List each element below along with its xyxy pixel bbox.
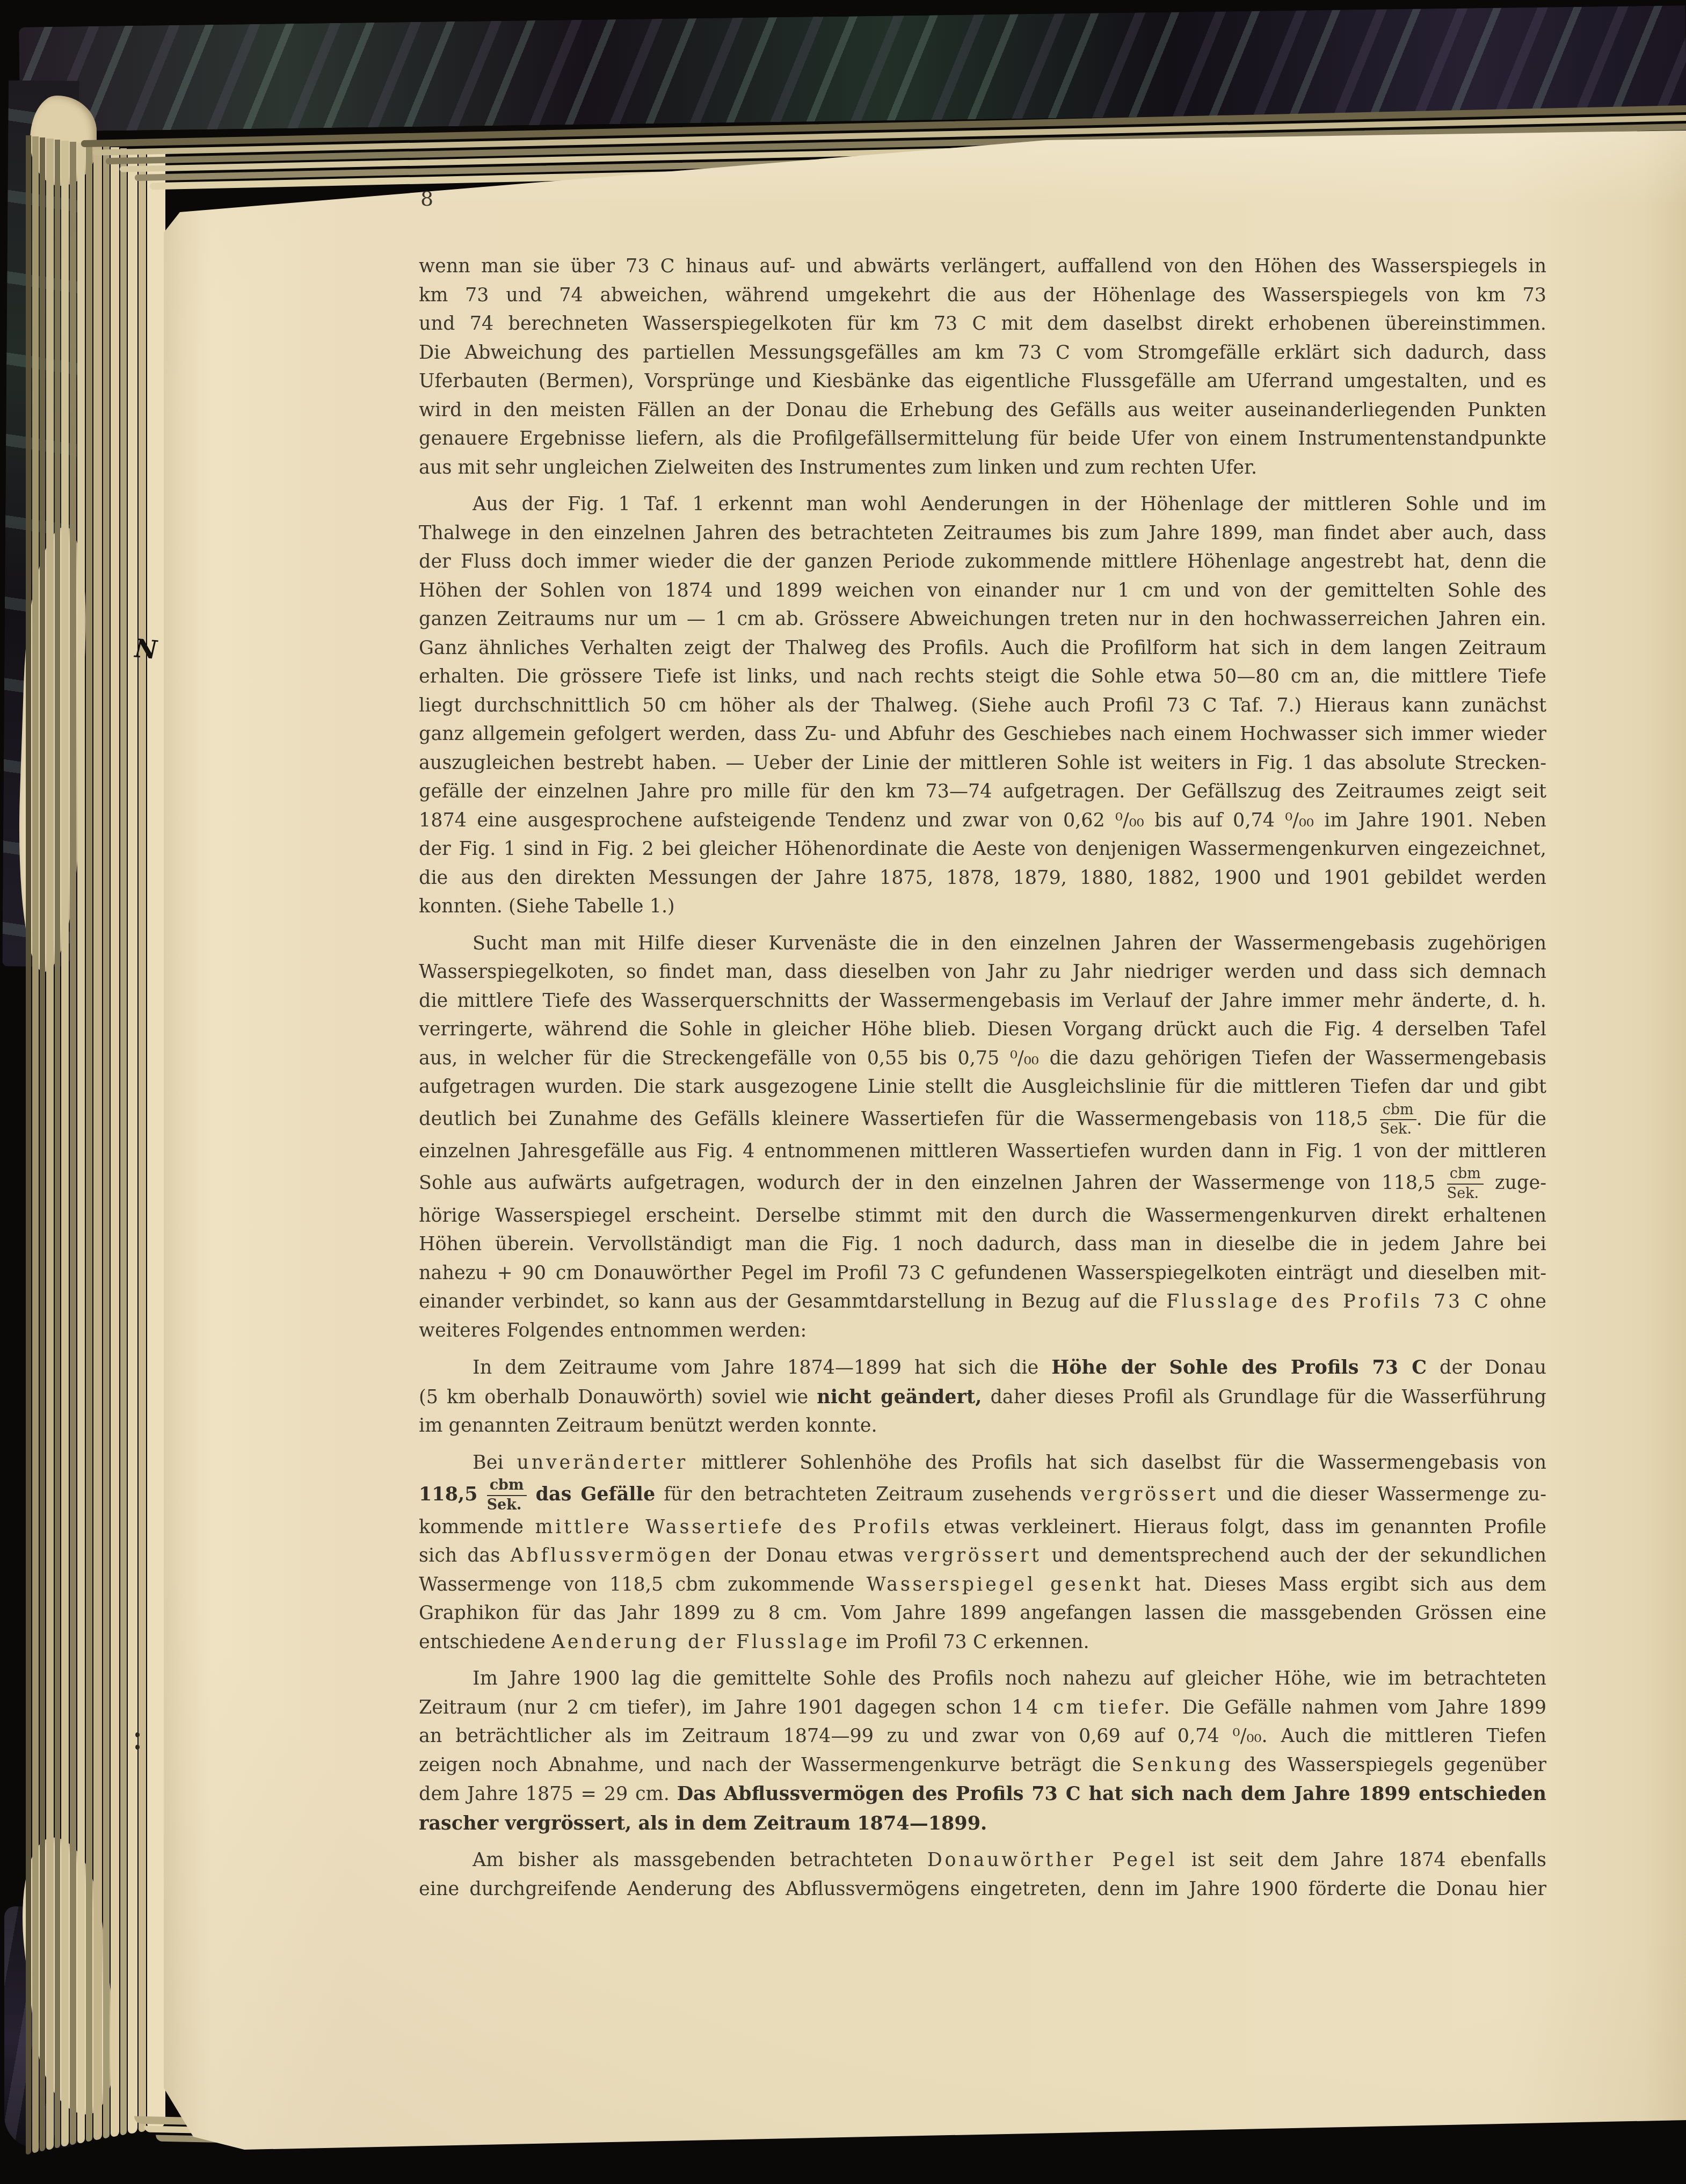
text-run: konnten. (Siehe Tabelle 1.) <box>419 896 675 917</box>
text-run: ganz allgemein gefolgert werden, dass Zu… <box>419 723 1546 745</box>
text-run: aus, in welcher für die Streckengefälle … <box>419 1048 1546 1069</box>
text-line: an beträchtlicher als im Zeitraum 1874—9… <box>419 1722 1546 1751</box>
text-line: der Fig. 1 sind in Fig. 2 bei gleicher H… <box>419 835 1546 864</box>
text-line: aus, in welcher für die Streckengefälle … <box>419 1044 1546 1073</box>
text-run: Am bisher als massgebenden betrachteten <box>473 1849 927 1871</box>
text-line: weiteres Folgendes entnommen werden: <box>419 1317 1546 1346</box>
text-run: zeigen noch Abnahme, und nach der Wasser… <box>419 1754 1132 1776</box>
text-run: gefälle der einzelnen Jahre pro mille fü… <box>419 781 1546 802</box>
text-run: aus mit sehr ungleichen Zielweiten des I… <box>419 457 1257 478</box>
text-line: aus mit sehr ungleichen Zielweiten des I… <box>419 454 1546 483</box>
text-run: nahezu + 90 cm Donauwörther Pegel im Pro… <box>419 1262 1546 1284</box>
text-run: Flusslage des Profils 73 C <box>1166 1291 1491 1312</box>
text-line: Sucht man mit Hilfe dieser Kurvenäste di… <box>419 930 1546 959</box>
text-run: der Donau <box>1427 1357 1546 1378</box>
text-run: hörige Wasserspiegel erscheint. Derselbe… <box>419 1205 1546 1227</box>
fraction-numerator: cbm <box>1447 1166 1484 1184</box>
page-fore-edge-strip <box>93 145 102 2140</box>
text-run: an beträchtlicher als im Zeitraum 1874—9… <box>419 1725 1546 1747</box>
text-line: zeigen noch Abnahme, und nach der Wasser… <box>419 1751 1546 1780</box>
text-block: wenn man sie über 73 C hinaus auf- und a… <box>419 252 1546 1904</box>
text-run: dem Jahre 1875 = 29 cm. <box>419 1783 677 1805</box>
page-fore-edge-strip <box>70 142 76 2145</box>
text-run: das Gefälle <box>527 1483 656 1505</box>
text-line: Die Abweichung des partiellen Messungsge… <box>419 339 1546 368</box>
text-run: sich das <box>419 1545 510 1566</box>
text-run: zuge- <box>1484 1172 1546 1194</box>
text-line: genauere Ergebnisse liefern, als die Pro… <box>419 425 1546 454</box>
text-line: aufgetragen wurden. Die stark ausgezogen… <box>419 1073 1546 1102</box>
text-run: Sohle aus aufwärts aufgetragen, wodurch … <box>419 1172 1447 1194</box>
text-run: 14 cm tiefer. <box>1012 1697 1172 1718</box>
text-run: wird in den meisten Fällen an der Donau … <box>419 400 1546 421</box>
text-run: der Fig. 1 sind in Fig. 2 bei gleicher H… <box>419 838 1546 860</box>
fraction-cbm-per-sek: cbmSek. <box>487 1477 527 1513</box>
text-line: Sohle aus aufwärts aufgetragen, wodurch … <box>419 1166 1546 1201</box>
text-run: wenn man sie über 73 C hinaus auf- und a… <box>419 256 1546 277</box>
text-run: liegt durchschnittlich 50 cm höher als d… <box>419 695 1546 716</box>
text-run: . Die für die <box>1416 1108 1546 1129</box>
text-line: im genannten Zeitraum benützt werden kon… <box>419 1412 1546 1441</box>
text-run: Die Abweichung des partiellen Messungsge… <box>419 342 1546 364</box>
text-run: Thalwege in den einzelnen Jahren des bet… <box>419 523 1546 544</box>
page-fore-edge-strip <box>86 144 92 2142</box>
text-line: wenn man sie über 73 C hinaus auf- und a… <box>419 252 1546 281</box>
text-line: eine durchgreifende Aenderung des Abflus… <box>419 1875 1546 1904</box>
text-line: Graphikon für das Jahr 1899 zu 8 cm. Vom… <box>419 1599 1546 1628</box>
text-line: In dem Zeitraume vom Jahre 1874—1899 hat… <box>419 1353 1546 1383</box>
text-line: Aus der Fig. 1 Taf. 1 erkennt man wohl A… <box>419 490 1546 519</box>
page-fore-edge-strip <box>139 150 146 2132</box>
text-run: deutlich bei Zunahme des Gefälls kleiner… <box>419 1108 1380 1129</box>
text-line: verringerte, während die Sohle in gleich… <box>419 1015 1546 1044</box>
text-line: die aus den direkten Messungen der Jahre… <box>419 864 1546 893</box>
text-run: und die dieser Wassermenge zu- <box>1218 1484 1546 1505</box>
text-line: die mittlere Tiefe des Wasserquerschnitt… <box>419 987 1546 1016</box>
text-line: Am bisher als massgebenden betrachteten … <box>419 1846 1546 1875</box>
text-run: Aus der Fig. 1 Taf. 1 erkennt man wohl A… <box>473 494 1546 515</box>
paragraph: Im Jahre 1900 lag die gemittelte Sohle d… <box>419 1665 1546 1838</box>
text-line: ganzen Zeitraums nur um — 1 cm ab. Gröss… <box>419 605 1546 634</box>
text-run: mittlere Wassertiefe des Profils <box>535 1517 932 1538</box>
text-run: Zeitraum (nur 2 cm tiefer), im Jahre 190… <box>419 1697 1012 1718</box>
text-line: 118,5 cbmSek. das Gefälle für den betrac… <box>419 1477 1546 1513</box>
text-run: weiteres Folgendes entnommen werden: <box>419 1320 806 1341</box>
text-line: hörige Wasserspiegel erscheint. Derselbe… <box>419 1202 1546 1231</box>
text-run: aufgetragen wurden. Die stark ausgezogen… <box>419 1076 1546 1098</box>
text-line: gefälle der einzelnen Jahre pro mille fü… <box>419 778 1546 807</box>
text-line: Im Jahre 1900 lag die gemittelte Sohle d… <box>419 1665 1546 1694</box>
text-run: In dem Zeitraume vom Jahre 1874—1899 hat… <box>473 1357 1051 1378</box>
page-fore-edge-strip <box>26 135 31 2154</box>
text-run: (5 km oberhalb Donauwörth) soviel wie <box>419 1387 817 1408</box>
fraction-numerator: cbm <box>487 1477 527 1496</box>
page-fore-edge-strip <box>103 146 110 2138</box>
text-run: Die Gefälle nahmen vom Jahre 1899 <box>1172 1697 1546 1718</box>
text-run: Senkung <box>1132 1754 1233 1776</box>
scanned-book-photo: 8 N wenn man sie über 73 C hinaus auf- u… <box>0 0 1686 2184</box>
text-run: 118,5 <box>419 1483 487 1505</box>
page-fore-edge-strip <box>46 139 54 2150</box>
text-run: 1874 eine ausgesprochene aufsteigende Te… <box>419 810 1546 831</box>
text-run: die aus den direkten Messungen der Jahre… <box>419 867 1546 889</box>
text-line: rascher vergrössert, als in dem Zeitraum… <box>419 1809 1546 1839</box>
text-run: unveränderter <box>517 1452 688 1474</box>
text-run: des Wasserspiegels gegenüber <box>1233 1754 1546 1776</box>
fraction-cbm-per-sek: cbmSek. <box>1380 1102 1416 1137</box>
text-run: nicht geändert, <box>817 1386 982 1408</box>
text-run: Ganz ähnliches Verhalten zeigt der Thalw… <box>419 637 1546 659</box>
text-line: Ganz ähnliches Verhalten zeigt der Thalw… <box>419 634 1546 663</box>
text-run: Wasserspiegel gesenkt <box>867 1574 1143 1595</box>
text-run: ganzen Zeitraums nur um — 1 cm ab. Gröss… <box>419 608 1546 630</box>
text-run: ist seit dem Jahre 1874 ebenfalls <box>1177 1849 1546 1871</box>
fraction-cbm-per-sek: cbmSek. <box>1447 1166 1484 1201</box>
text-run: Wasserspiegelkoten, so findet man, dass … <box>419 961 1546 983</box>
text-line: Höhen der Sohlen von 1874 und 1899 weich… <box>419 577 1546 606</box>
text-line: km 73 und 74 abweichen, während umgekehr… <box>419 281 1546 310</box>
text-run: auszugleichen bestrebt haben. — Ueber de… <box>419 752 1546 774</box>
text-run: genauere Ergebnisse liefern, als die Pro… <box>419 428 1546 449</box>
text-run: erhalten. Die grössere Tiefe ist links, … <box>419 666 1546 687</box>
text-line: deutlich bei Zunahme des Gefälls kleiner… <box>419 1102 1546 1137</box>
text-line: entschiedene Aenderung der Flusslage im … <box>419 1628 1546 1657</box>
text-run: rascher vergrössert, als in dem Zeitraum… <box>419 1812 987 1834</box>
text-line: Zeitraum (nur 2 cm tiefer), im Jahre 190… <box>419 1694 1546 1723</box>
fraction-numerator: cbm <box>1380 1102 1416 1120</box>
text-run: Graphikon für das Jahr 1899 zu 8 cm. Vom… <box>419 1602 1546 1624</box>
text-line: und 74 berechneten Wasserspiegelkoten fü… <box>419 310 1546 339</box>
text-run: und 74 berechneten Wasserspiegelkoten fü… <box>419 313 1546 335</box>
text-run: im genannten Zeitraum benützt werden kon… <box>419 1415 877 1436</box>
text-line: einander verbindet, so kann aus der Gesa… <box>419 1288 1546 1317</box>
text-run: Donauwörther Pegel <box>927 1849 1178 1871</box>
text-line: Bei unveränderter mittlerer Sohlenhöhe d… <box>419 1449 1546 1478</box>
text-run: Höhe der Sohle des Profils 73 C <box>1051 1356 1427 1378</box>
text-run: im Profil 73 C erkennen. <box>850 1631 1089 1653</box>
text-line: 1874 eine ausgesprochene aufsteigende Te… <box>419 807 1546 836</box>
text-line: erhalten. Die grössere Tiefe ist links, … <box>419 663 1546 692</box>
text-line: einzelnen Jahresgefälle aus Fig. 4 entno… <box>419 1137 1546 1166</box>
page-fore-edge-strip <box>61 141 69 2146</box>
page-fore-edge-strip <box>120 148 127 2135</box>
text-run: eine durchgreifende Aenderung des Abflus… <box>419 1878 1546 1900</box>
text-run: hat. Dieses Mass ergibt sich aus dem <box>1143 1574 1546 1595</box>
text-run: Abflussvermögen <box>510 1545 713 1566</box>
page-fore-edge-strip <box>40 137 45 2151</box>
text-run: Das Abflussvermögen des Profils 73 C hat… <box>677 1783 1546 1805</box>
paragraph: In dem Zeitraume vom Jahre 1874—1899 hat… <box>419 1353 1546 1441</box>
paragraph: Am bisher als massgebenden betrachteten … <box>419 1846 1546 1904</box>
text-line: Wasserspiegelkoten, so findet man, dass … <box>419 958 1546 987</box>
text-line: liegt durchschnittlich 50 cm höher als d… <box>419 692 1546 721</box>
text-line: Höhen überein. Vervollständigt man die F… <box>419 1230 1546 1259</box>
fraction-denominator: Sek. <box>1380 1120 1416 1137</box>
text-line: ganz allgemein gefolgert werden, dass Zu… <box>419 720 1546 749</box>
text-run: daher dieses Profil als Grundlage für di… <box>982 1387 1546 1408</box>
page-fore-edge-strip <box>77 143 85 2143</box>
text-run: vergrössert <box>1080 1484 1218 1505</box>
text-run: Aenderung der Flusslage <box>551 1631 850 1653</box>
page-fore-edge-strip <box>55 140 60 2148</box>
paragraph: Sucht man mit Hilfe dieser Kurvenäste di… <box>419 930 1546 1346</box>
text-run: Bei <box>473 1452 517 1474</box>
text-run: etwas verkleinert. Hieraus folgt, dass i… <box>932 1517 1546 1538</box>
page-fore-edge-strip <box>147 151 165 2130</box>
text-run: für den betrachteten Zeitraum zusehends <box>655 1484 1080 1505</box>
text-run: verringerte, während die Sohle in gleich… <box>419 1019 1546 1040</box>
text-run: Sucht man mit Hilfe dieser Kurvenäste di… <box>473 933 1546 954</box>
text-run: Höhen der Sohlen von 1874 und 1899 weich… <box>419 580 1546 601</box>
page-number: 8 <box>420 187 433 211</box>
text-line: nahezu + 90 cm Donauwörther Pegel im Pro… <box>419 1259 1546 1288</box>
fraction-denominator: Sek. <box>487 1496 527 1513</box>
text-line: der Fluss doch immer wieder die der ganz… <box>419 548 1546 577</box>
text-line: wird in den meisten Fällen an der Donau … <box>419 396 1546 425</box>
text-run: ohne <box>1491 1291 1546 1312</box>
text-line: Wassermenge von 118,5 cbm zukommende Was… <box>419 1571 1546 1600</box>
margin-dots <box>135 1732 140 1757</box>
text-run: der Fluss doch immer wieder die der ganz… <box>419 551 1546 572</box>
fraction-denominator: Sek. <box>1447 1185 1484 1202</box>
text-run: einander verbindet, so kann aus der Gesa… <box>419 1291 1166 1312</box>
text-run: Wassermenge von 118,5 cbm zukommende <box>419 1574 867 1595</box>
paragraph: Aus der Fig. 1 Taf. 1 erkennt man wohl A… <box>419 490 1546 922</box>
text-run: und dementsprechend auch der der sekundl… <box>1042 1545 1546 1566</box>
paragraph: wenn man sie über 73 C hinaus auf- und a… <box>419 252 1546 482</box>
text-line: auszugleichen bestrebt haben. — Ueber de… <box>419 749 1546 778</box>
paragraph: Bei unveränderter mittlerer Sohlenhöhe d… <box>419 1449 1546 1657</box>
page-fore-edge-strip <box>111 147 119 2137</box>
page-fore-edge-strip <box>32 136 39 2153</box>
text-run: kommende <box>419 1517 535 1538</box>
text-line: kommende mittlere Wassertiefe des Profil… <box>419 1513 1546 1542</box>
text-run: mittlerer Sohlenhöhe des Profils hat sic… <box>688 1452 1546 1474</box>
text-run: entschiedene <box>419 1631 551 1653</box>
text-run: die mittlere Tiefe des Wasserquerschnitt… <box>419 990 1546 1012</box>
text-run: einzelnen Jahresgefälle aus Fig. 4 entno… <box>419 1141 1546 1162</box>
text-run: Höhen überein. Vervollständigt man die F… <box>419 1234 1546 1255</box>
text-run: km 73 und 74 abweichen, während umgekehr… <box>419 285 1546 306</box>
text-line: Thalwege in den einzelnen Jahren des bet… <box>419 519 1546 548</box>
text-line: (5 km oberhalb Donauwörth) soviel wie ni… <box>419 1383 1546 1412</box>
page-fore-edge-strip <box>128 149 137 2134</box>
text-line: sich das Abflussvermögen der Donau etwas… <box>419 1542 1546 1571</box>
text-run: Uferbauten (Bermen), Vorsprünge und Kies… <box>419 371 1546 392</box>
text-run: vergrössert <box>904 1545 1042 1566</box>
text-line: dem Jahre 1875 = 29 cm. Das Abflussvermö… <box>419 1780 1546 1809</box>
text-line: Uferbauten (Bermen), Vorsprünge und Kies… <box>419 367 1546 396</box>
text-run: der Donau etwas <box>714 1545 904 1566</box>
text-run: Im Jahre 1900 lag die gemittelte Sohle d… <box>473 1668 1546 1689</box>
text-line: konnten. (Siehe Tabelle 1.) <box>419 893 1546 922</box>
